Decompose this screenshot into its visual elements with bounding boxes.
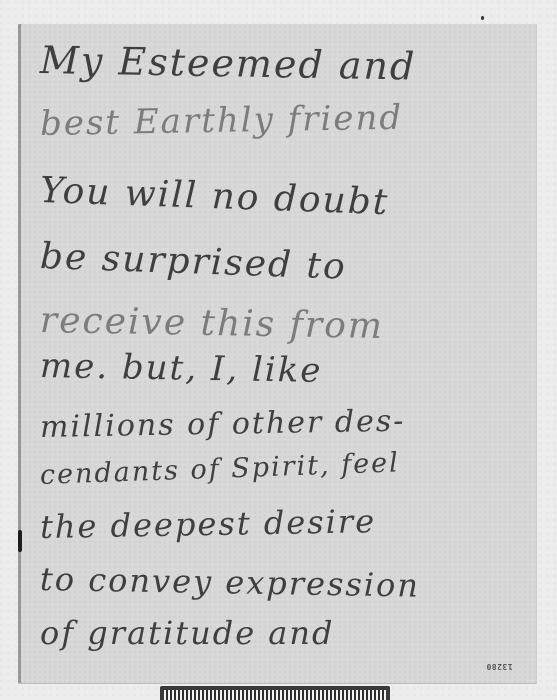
handwritten-line-5: receive this from (40, 300, 385, 347)
handwritten-line-11: of gratitude and (40, 614, 334, 652)
handwritten-line-10: to convey expression (40, 560, 421, 605)
handwritten-line-7: millions of other des- (40, 404, 406, 445)
handwritten-line-9: the deepest desire (40, 502, 377, 546)
catalog-number: 13280 (486, 662, 513, 671)
handwritten-line-6: me. but, I, like (40, 346, 323, 391)
scale-ruler (160, 686, 390, 700)
handwritten-line-2: best Earthly friend (40, 98, 404, 144)
scan-speck (481, 16, 484, 20)
handwritten-line-1: My Esteemed and (40, 38, 417, 89)
page-edge-mark (18, 530, 22, 552)
scale-ruler-ticks (164, 690, 386, 700)
